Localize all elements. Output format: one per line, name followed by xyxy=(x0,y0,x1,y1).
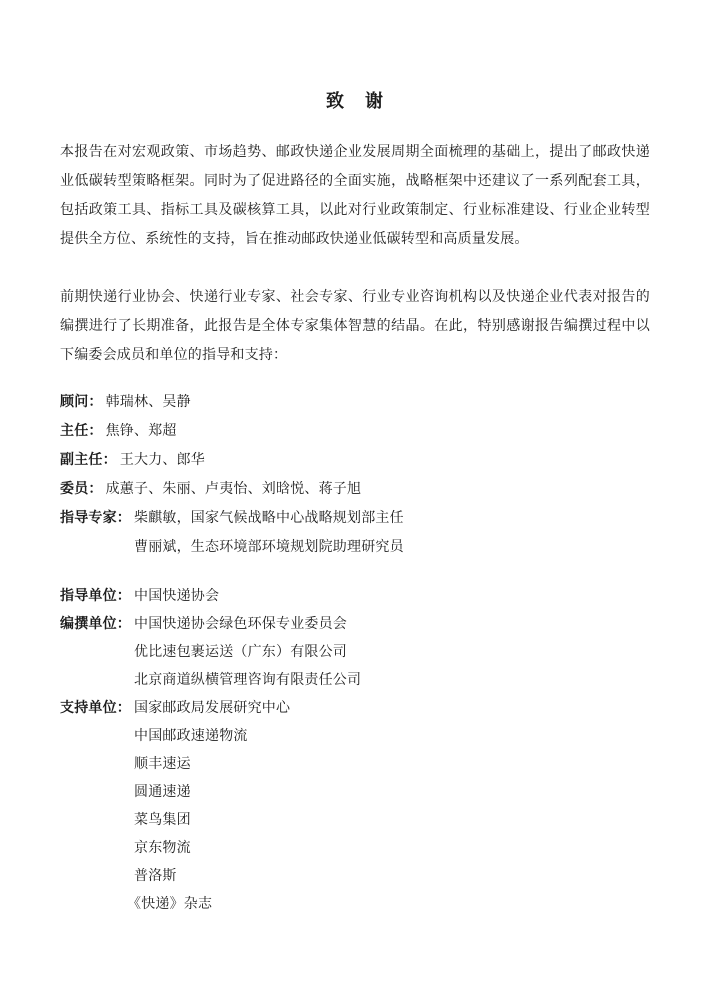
units-row: 支持单位：普洛斯 xyxy=(60,861,650,889)
units-value: 京东物流 xyxy=(134,839,191,855)
committee-value: 焦铮、郑超 xyxy=(106,422,177,438)
committee-row: 副主任：王大力、郎华 xyxy=(60,445,650,474)
committee-label: 主任： xyxy=(60,422,103,438)
committee-label: 委员： xyxy=(60,480,103,496)
committee-row: 顾问：韩瑞林、吴静 xyxy=(60,387,650,416)
thanks-paragraph: 前期快递行业协会、快递行业专家、社会专家、行业专业咨询机构以及快递企业代表对报告… xyxy=(60,282,650,369)
committee-value: 柴麒敏，国家气候战略中心战略规划部主任 xyxy=(134,509,404,525)
units-row: 支持单位：圆通速递 xyxy=(60,777,650,805)
units-row: 支持单位：国家邮政局发展研究中心 xyxy=(60,693,650,721)
units-value: 《快递》杂志 xyxy=(134,895,212,911)
units-list: 指导单位：中国快递协会编撰单位：中国快递协会绿色环保专业委员会编撰单位：优比速包… xyxy=(60,581,650,917)
units-label: 编撰单位： xyxy=(60,615,131,631)
units-value: 北京商道纵横管理咨询有限责任公司 xyxy=(134,671,361,687)
units-value: 中国快递协会 xyxy=(134,587,219,603)
committee-label: 指导专家： xyxy=(60,509,131,525)
page-title: 致 谢 xyxy=(60,88,650,114)
committee-row: 主任：焦铮、郑超 xyxy=(60,416,650,445)
units-value: 中国邮政速递物流 xyxy=(134,727,248,743)
committee-value: 成蕙子、朱丽、卢夷怡、刘晗悦、蒋子旭 xyxy=(106,480,362,496)
units-value: 菜鸟集团 xyxy=(134,811,191,827)
units-row: 支持单位：京东物流 xyxy=(60,833,650,861)
units-label: 指导单位： xyxy=(60,587,131,603)
committee-row: 指导专家：曹丽斌，生态环境部环境规划院助理研究员 xyxy=(60,532,650,561)
committee-value: 王大力、郎华 xyxy=(120,451,205,467)
committee-label: 顾问： xyxy=(60,393,103,409)
committee-row: 委员：成蕙子、朱丽、卢夷怡、刘晗悦、蒋子旭 xyxy=(60,474,650,503)
units-row: 支持单位：中国邮政速递物流 xyxy=(60,721,650,749)
committee-value: 韩瑞林、吴静 xyxy=(106,393,191,409)
units-value: 国家邮政局发展研究中心 xyxy=(134,699,290,715)
units-row: 指导单位：中国快递协会 xyxy=(60,581,650,609)
units-value: 中国快递协会绿色环保专业委员会 xyxy=(134,615,347,631)
committee-value: 曹丽斌，生态环境部环境规划院助理研究员 xyxy=(134,538,404,554)
units-row: 支持单位：《快递》杂志 xyxy=(60,889,650,917)
units-label: 支持单位： xyxy=(60,699,131,715)
units-value: 普洛斯 xyxy=(134,867,177,883)
units-row: 编撰单位：北京商道纵横管理咨询有限责任公司 xyxy=(60,665,650,693)
committee-list: 顾问：韩瑞林、吴静主任：焦铮、郑超副主任：王大力、郎华委员：成蕙子、朱丽、卢夷怡… xyxy=(60,387,650,561)
units-row: 支持单位：顺丰速运 xyxy=(60,749,650,777)
committee-label: 副主任： xyxy=(60,451,117,467)
units-row: 编撰单位：优比速包裹运送（广东）有限公司 xyxy=(60,637,650,665)
units-row: 编撰单位：中国快递协会绿色环保专业委员会 xyxy=(60,609,650,637)
committee-row: 指导专家：柴麒敏，国家气候战略中心战略规划部主任 xyxy=(60,503,650,532)
units-value: 优比速包裹运送（广东）有限公司 xyxy=(134,643,347,659)
units-value: 顺丰速运 xyxy=(134,755,191,771)
intro-paragraph: 本报告在对宏观政策、市场趋势、邮政快递企业发展周期全面梳理的基础上，提出了邮政快… xyxy=(60,137,650,253)
units-value: 圆通速递 xyxy=(134,783,191,799)
document-page: 致 谢 本报告在对宏观政策、市场趋势、邮政快递企业发展周期全面梳理的基础上，提出… xyxy=(0,0,710,1004)
units-row: 支持单位：菜鸟集团 xyxy=(60,805,650,833)
